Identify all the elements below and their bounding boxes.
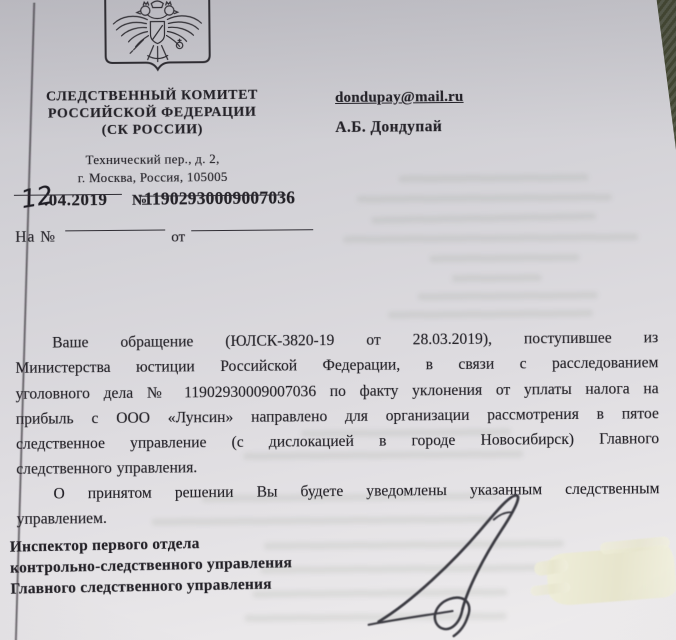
handwritten-signature	[0, 0, 676, 640]
fold-line	[10, 3, 40, 640]
document-photo: СЛЕДСТВЕННЫЙ КОМИТЕТ РОССИЙСКОЙ ФЕДЕРАЦИ…	[0, 0, 676, 640]
letter-page: СЛЕДСТВЕННЫЙ КОМИТЕТ РОССИЙСКОЙ ФЕДЕРАЦИ…	[0, 0, 676, 640]
